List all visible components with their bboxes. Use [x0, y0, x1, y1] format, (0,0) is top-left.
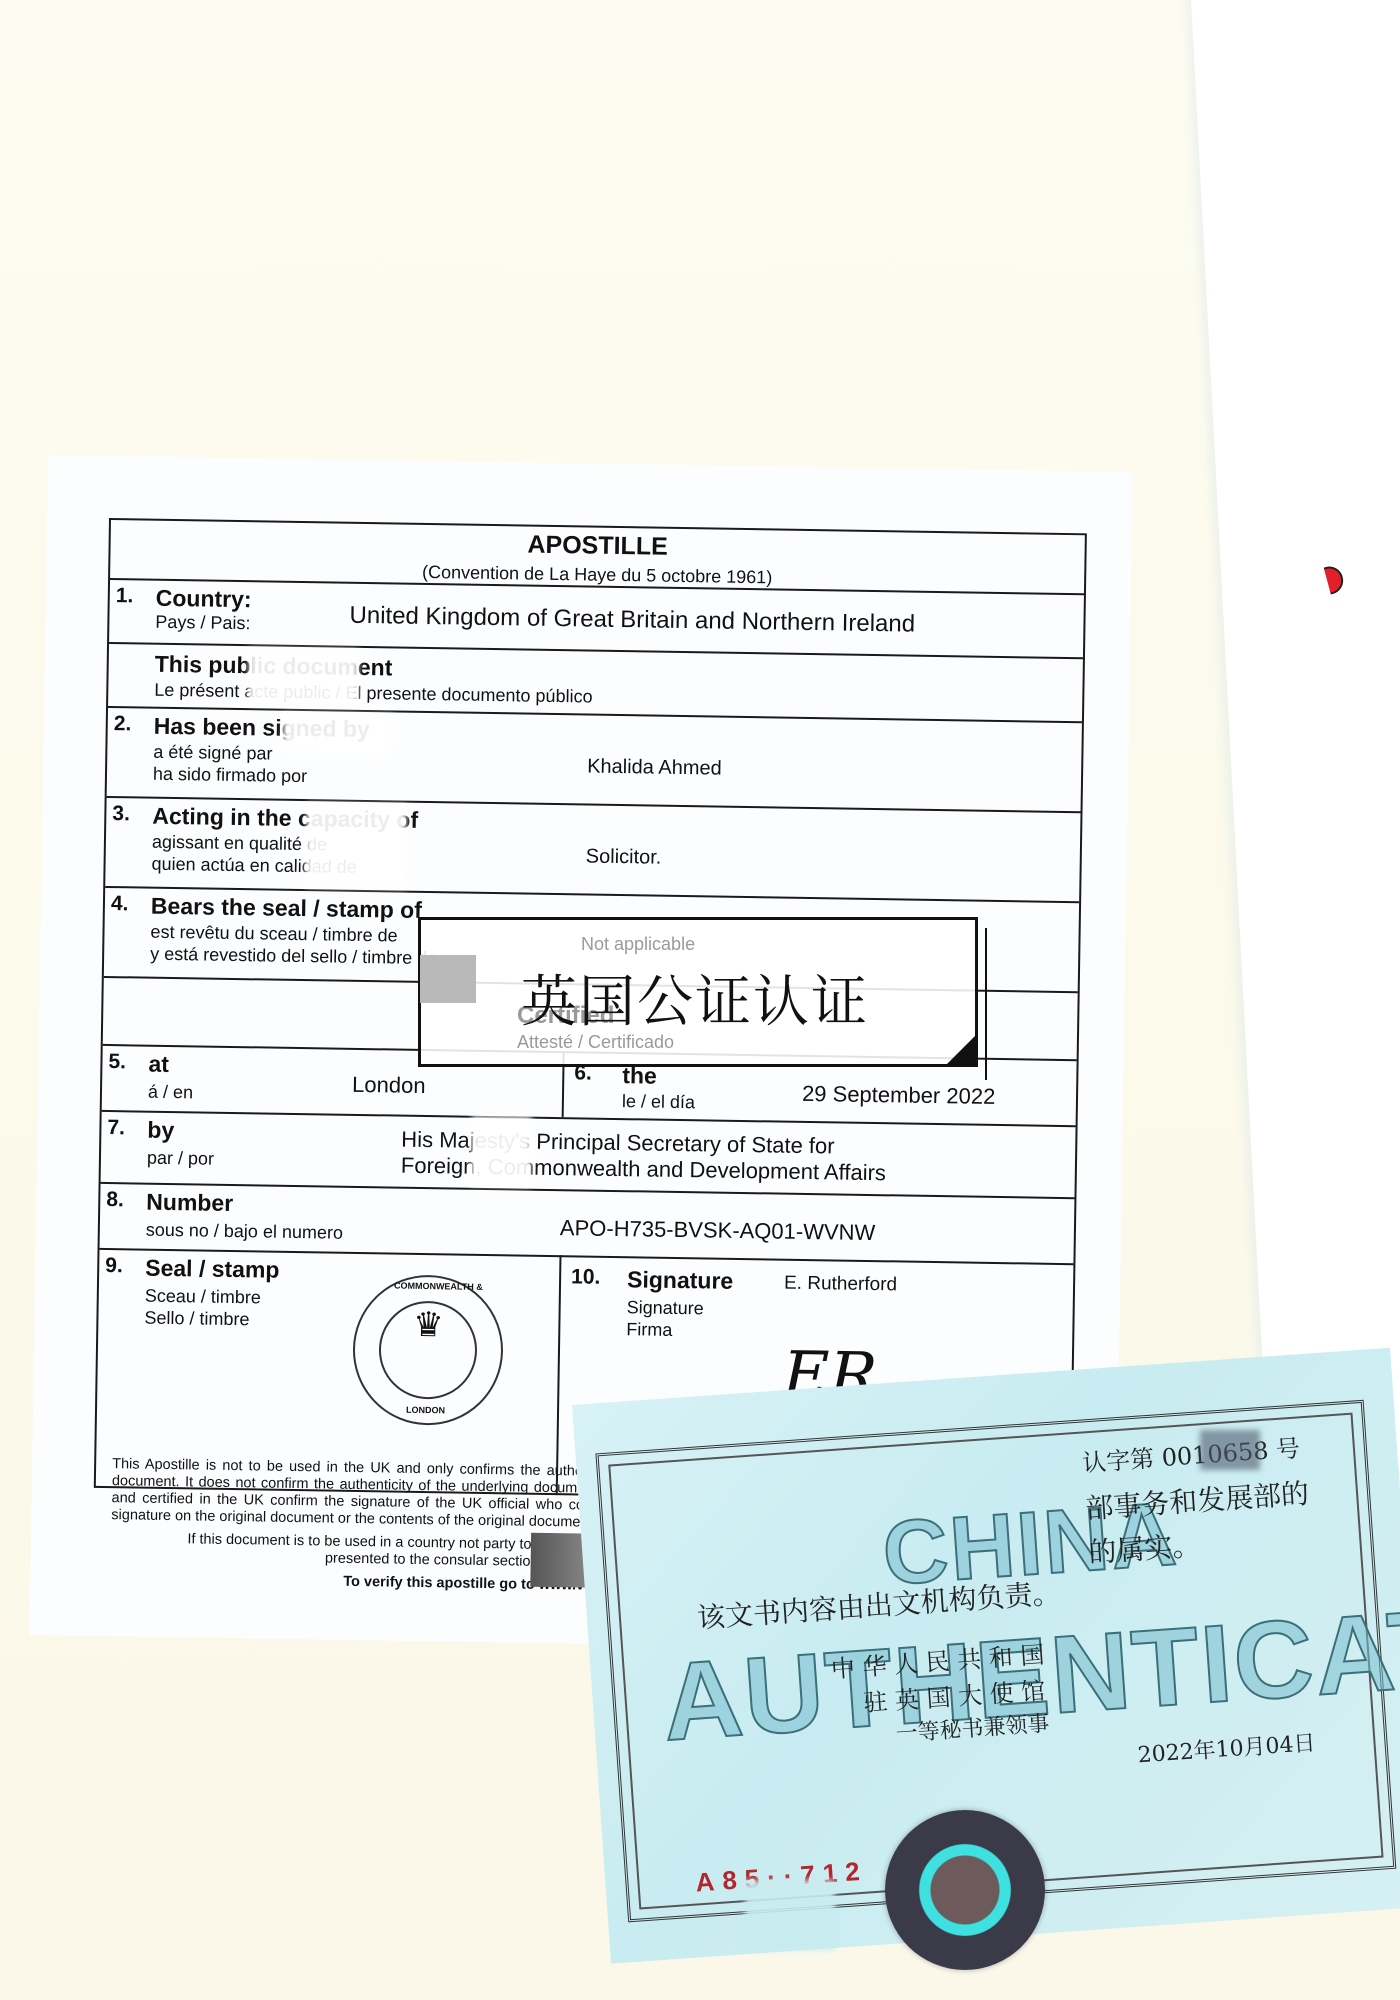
- field-sublabel: sous no / bajo el numero: [146, 1219, 343, 1244]
- field-label: Number: [146, 1189, 233, 1217]
- seal-ring-text: COMMONWEALTH &: [394, 1281, 483, 1292]
- field-sublabel: Sceau / timbre: [145, 1285, 261, 1309]
- redaction-block: [745, 1880, 835, 1950]
- redaction-blur: [471, 1116, 532, 1187]
- capacity-value: Solicitor.: [586, 845, 662, 869]
- folded-corner-icon: [944, 1033, 978, 1067]
- field-label: by: [147, 1117, 174, 1144]
- field-number: 1.: [116, 584, 134, 608]
- sticker-text-line: 的属实。: [1087, 1524, 1202, 1572]
- field-sublabel: Sello / timbre: [144, 1307, 249, 1331]
- seal-bottom-text: LONDON: [406, 1405, 445, 1416]
- redaction-block: [420, 955, 476, 1003]
- field-label: Country:: [156, 585, 252, 614]
- field-number: 5.: [108, 1050, 126, 1074]
- field-sublabel: Le présent acte public / El presente doc…: [154, 679, 593, 708]
- national-emblem-hologram-icon: [885, 1810, 1045, 1970]
- field-sublabel: ha sido firmado por: [153, 763, 307, 787]
- field-number: 8.: [106, 1188, 124, 1212]
- field-label: at: [148, 1051, 169, 1078]
- seal-value-faded: Not applicable: [581, 934, 695, 955]
- column-divider: [556, 1255, 562, 1495]
- redaction-block: [1200, 1430, 1260, 1470]
- field-sublabel: á / en: [148, 1081, 193, 1104]
- country-value: United Kingdom of Great Britain and Nort…: [349, 602, 915, 639]
- signatory-name: E. Rutherford: [784, 1273, 897, 1297]
- field-label: Bears the seal / stamp of: [151, 893, 422, 924]
- field-signed-by: 2. Has been signed by a été signé par ha…: [107, 706, 1082, 813]
- field-capacity: 3. Acting in the capacity of agissant en…: [105, 796, 1080, 903]
- royal-coat-of-arms-icon: ♛: [355, 1304, 502, 1346]
- field-number: 10.: [571, 1265, 601, 1289]
- signer-name: Khalida Ahmed: [587, 756, 722, 781]
- field-sublabel: agissant en qualité de: [152, 831, 327, 856]
- field-label: Seal / stamp: [145, 1255, 280, 1284]
- field-sublabel: par / por: [147, 1147, 214, 1170]
- redaction-blur: [248, 648, 359, 706]
- notarization-label: Not applicable Certified Attesté / Certi…: [418, 917, 978, 1067]
- apostille-number: APO-H735-BVSK-AQ01-WVNW: [560, 1215, 876, 1246]
- field-sublabel: Firma: [626, 1318, 672, 1341]
- field-number: 9.: [105, 1254, 123, 1278]
- date-value: 29 September 2022: [802, 1081, 996, 1110]
- field-label: Signature: [627, 1266, 733, 1295]
- field-number: 2.: [114, 712, 132, 736]
- redaction-blur: [282, 713, 393, 755]
- overlay-title: 英国公证认证: [521, 958, 869, 1038]
- field-sublabel: le / el día: [622, 1090, 695, 1113]
- redaction-blur: [305, 803, 406, 889]
- fcdo-seal: ♛ COMMONWEALTH & LONDON: [352, 1274, 504, 1426]
- place-value: London: [352, 1072, 426, 1099]
- field-sublabel: y está revestido del sello / timbre de: [150, 943, 437, 970]
- field-number: 4.: [111, 892, 129, 916]
- field-sublabel: Signature: [627, 1296, 704, 1319]
- field-sublabel: a été signé par: [153, 741, 272, 765]
- field-sublabel: Pays / Pais:: [155, 611, 250, 634]
- field-number: 7.: [107, 1116, 125, 1140]
- background-sheet-right: [1190, 0, 1400, 1478]
- field-number: 3.: [112, 802, 130, 826]
